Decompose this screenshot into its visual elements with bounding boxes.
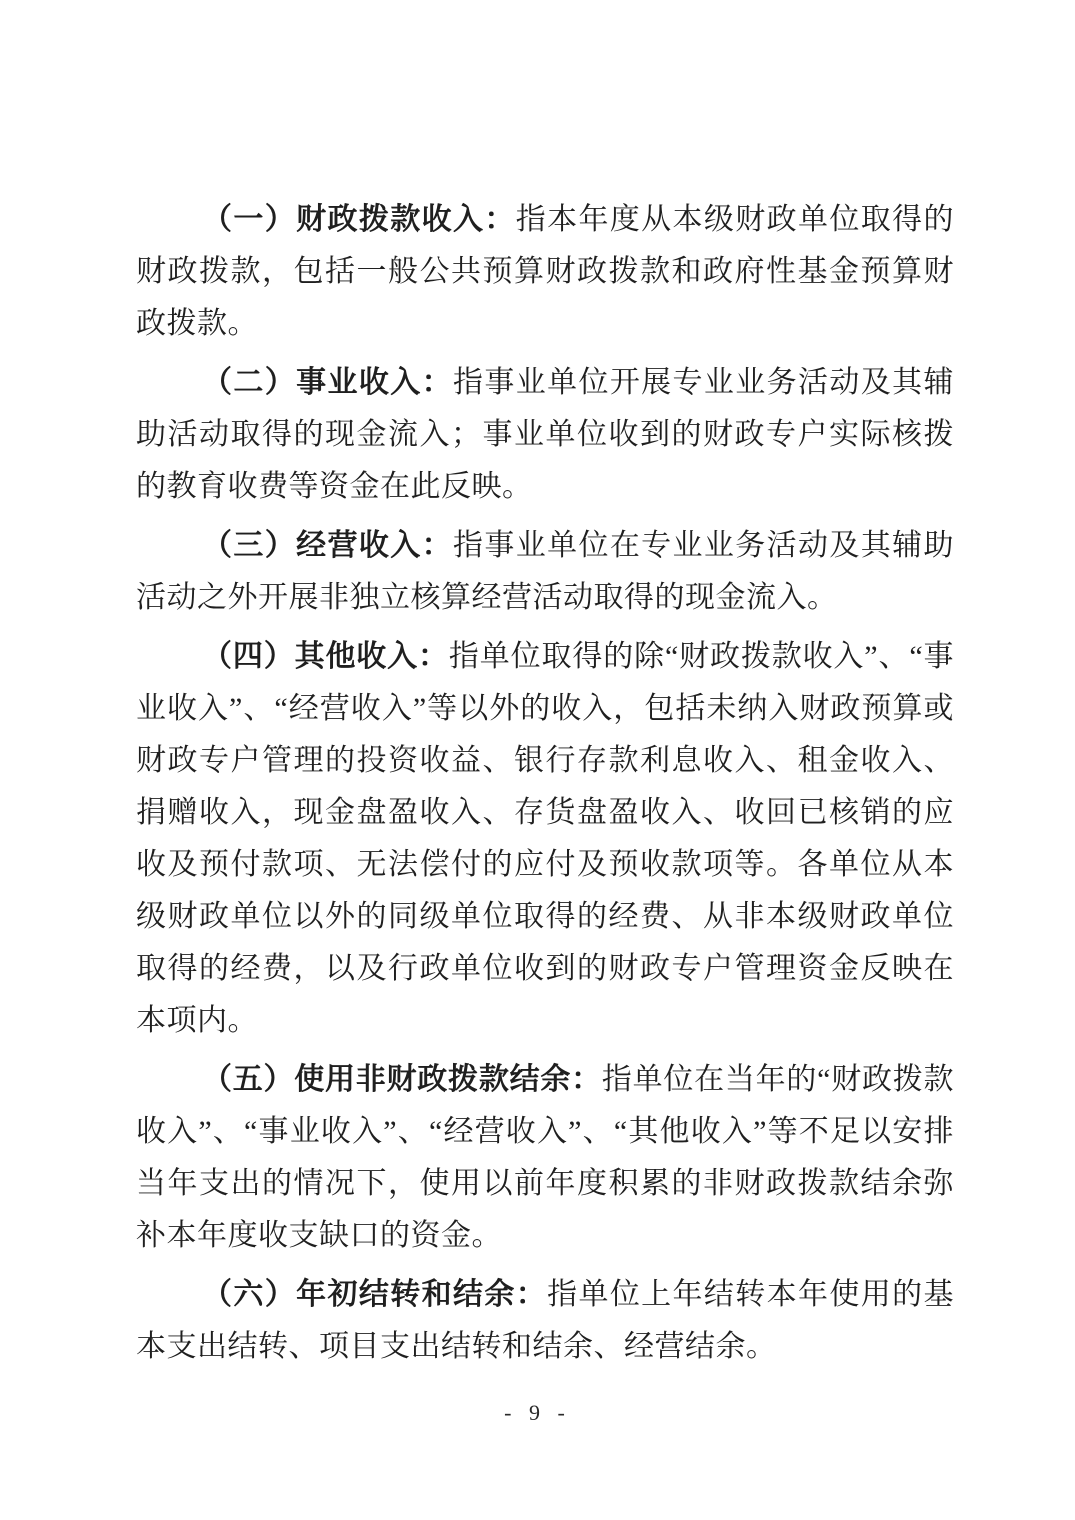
paragraph-heading: （一）财政拨款收入： <box>202 203 516 236</box>
paragraph-fiscal-appropriation-income: （一）财政拨款收入：指本年度从本级财政单位取得的财政拨款，包括一般公共预算财政拨… <box>136 194 954 350</box>
paragraph-other-income: （四）其他收入：指单位取得的除“财政拨款收入”、“事业收入”、“经营收入”等以外… <box>136 631 954 1047</box>
page-body-text: （一）财政拨款收入：指本年度从本级财政单位取得的财政拨款，包括一般公共预算财政拨… <box>136 194 954 1380</box>
paragraph-heading: （三）经营收入： <box>202 529 453 562</box>
paragraph-carryover-and-surplus: （六）年初结转和结余：指单位上年结转本年使用的基本支出结转、项目支出结转和结余、… <box>136 1269 954 1373</box>
paragraph-heading: （六）年初结转和结余： <box>202 1278 547 1311</box>
document-page: （一）财政拨款收入：指本年度从本级财政单位取得的财政拨款，包括一般公共预算财政拨… <box>0 0 1075 1520</box>
paragraph-operational-income: （二）事业收入：指事业单位开展专业业务活动及其辅助活动取得的现金流入；事业单位收… <box>136 357 954 513</box>
page-number: - 9 - <box>0 1400 1075 1426</box>
paragraph-heading: （二）事业收入： <box>202 366 453 399</box>
paragraph-text: 指单位取得的除“财政拨款收入”、“事业收入”、“经营收入”等以外的收入，包括未纳… <box>136 640 954 1037</box>
paragraph-heading: （四）其他收入： <box>202 640 449 673</box>
paragraph-business-income: （三）经营收入：指事业单位在专业业务活动及其辅助活动之外开展非独立核算经营活动取… <box>136 520 954 624</box>
paragraph-non-fiscal-surplus-use: （五）使用非财政拨款结余：指单位在当年的“财政拨款收入”、“事业收入”、“经营收… <box>136 1054 954 1262</box>
paragraph-heading: （五）使用非财政拨款结余： <box>202 1063 602 1096</box>
